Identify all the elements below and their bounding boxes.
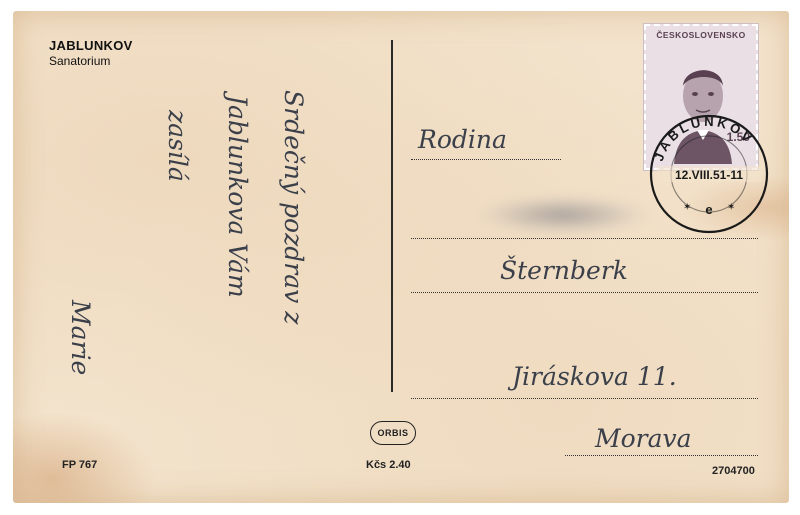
center-divider xyxy=(391,40,393,392)
address-rule-5 xyxy=(565,455,758,456)
address-rule-1 xyxy=(411,159,561,160)
address-rule-2 xyxy=(411,238,758,239)
publisher-title: JABLUNKOV xyxy=(49,38,133,53)
publisher-subtitle: Sanatorium xyxy=(49,54,133,68)
message-line-4: Marie xyxy=(66,300,95,375)
orbis-logo: ORBIS xyxy=(370,421,416,445)
serial-number: 2704700 xyxy=(712,465,755,477)
message-line-1: Srdečný pozdrav z xyxy=(279,90,308,324)
publisher-caption: JABLUNKOV Sanatorium xyxy=(49,38,133,68)
svg-text:e: e xyxy=(705,202,712,217)
address-rule-4 xyxy=(411,398,758,399)
address-line-1: Rodina xyxy=(418,125,507,154)
svg-text:✶: ✶ xyxy=(727,202,735,213)
redacted-name xyxy=(478,195,648,235)
fp-code: FP 767 xyxy=(62,459,97,471)
stamp-country: ČESKOSLOVENSKO xyxy=(646,30,756,40)
svg-text:12.VIII.51-11: 12.VIII.51-11 xyxy=(675,168,743,182)
address-line-3: Šternberk xyxy=(500,256,628,285)
svg-text:✶: ✶ xyxy=(683,202,691,213)
price-label: Kčs 2.40 xyxy=(366,459,411,471)
message-line-2: Jablunkova Vám xyxy=(223,95,252,298)
address-line-5: Morava xyxy=(595,424,692,453)
postmark-cancel: JABLUNKOV 12.VIII.51-11 e ✶ ✶ xyxy=(645,110,773,238)
address-line-4: Jiráskova 11. xyxy=(512,362,677,391)
message-line-3: zasílá xyxy=(163,110,192,182)
address-rule-3 xyxy=(411,292,758,293)
svg-text:JABLUNKOV: JABLUNKOV xyxy=(651,114,757,163)
